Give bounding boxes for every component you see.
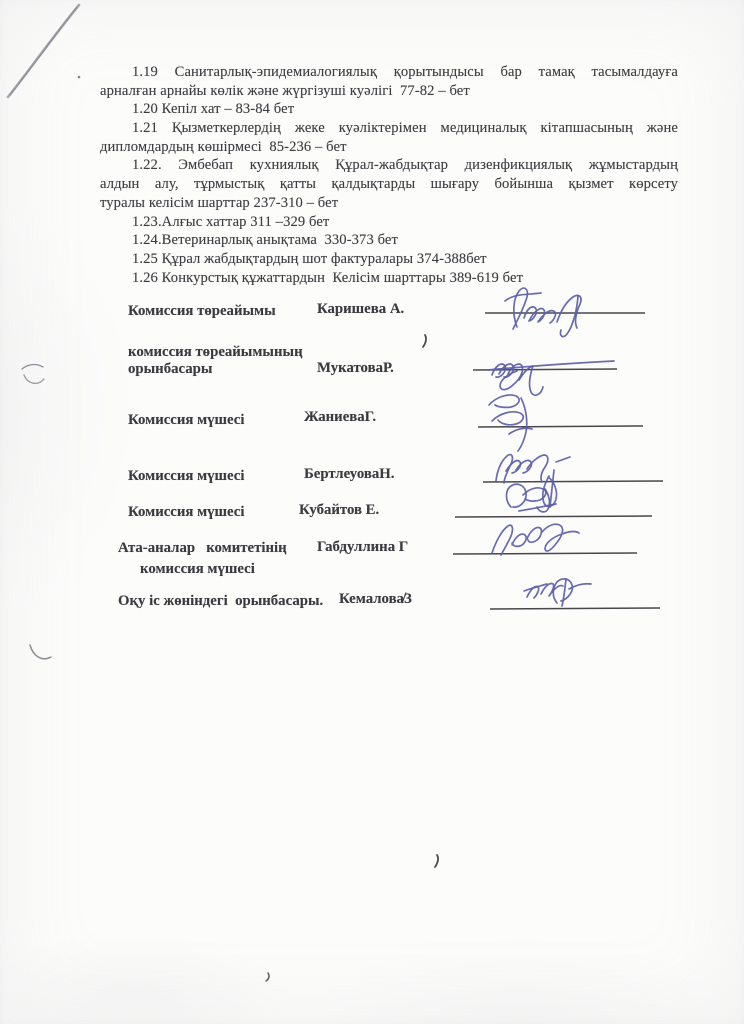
stray-comma-mark-2: [435, 855, 438, 867]
signature-ink-mukatova: [488, 361, 614, 395]
list-line-1-21a: 1.21 Қызметкерлердің жеке куәліктерімен …: [100, 119, 678, 138]
document-list: 1.19 Санитарлық-эпидемиалогиялық қорытын…: [100, 63, 678, 287]
sig-row-5-label: Комиссия мүшесі: [128, 504, 244, 521]
list-line-1-20: 1.20 Кепіл хат – 83-84 бет: [100, 100, 678, 119]
sig-row-2-name: МукатоваР.: [317, 360, 394, 377]
list-line-1-24: 1.24.Ветеринарлық анықтама 330-373 бет: [100, 231, 678, 250]
list-line-1-22c: туралы келісім шарттар 237-310 – бет: [100, 194, 678, 213]
signature-ink-karisheva: [505, 288, 581, 336]
stray-dot-mark: [78, 76, 81, 79]
stray-comma-mark-1: [423, 335, 426, 347]
sig-row-1-name: Каришева А.: [317, 301, 404, 318]
sig-row-2-label2: орынбасары: [128, 361, 212, 378]
sig-row-2-label: комиссия төреайымының: [128, 344, 303, 361]
sig-row-6-name: Габдуллина Г: [317, 539, 408, 556]
sig-row-3-label: Комиссия мүшесі: [128, 412, 244, 429]
signature-ink-kubaitov: [507, 484, 557, 512]
sig-row-7-name: Кемалова̸З: [339, 591, 412, 608]
list-line-1-19b: арналған арнайы көлік және жүргізуші куә…: [100, 82, 678, 101]
sig-row-6-label: Ата-аналар комитетінің: [118, 540, 287, 557]
sig-row-4-name: БертлеуоваН.: [304, 466, 394, 483]
punch-shadow-bottom: [30, 645, 51, 659]
list-line-1-21b: дипломдардың көшірмесі 85-236 – бет: [100, 138, 678, 157]
list-line-1-22b: алдын алу, тұрмыстық қатты қалдықтарды ш…: [100, 175, 678, 194]
signature-lines: [453, 313, 663, 609]
sig-row-5-name: Кубайтов Е.: [299, 502, 379, 519]
punch-shadow-top: [22, 365, 44, 384]
list-line-1-23: 1.23.Алғыс хаттар 311 –329 бет: [100, 213, 678, 232]
sig-row-1-label: Комиссия төреайымы: [128, 303, 276, 320]
fold-crease-mark: [8, 5, 79, 97]
signature-ink-kemalova: [524, 579, 591, 606]
sig-row-6-label2: комиссия мүшесі: [140, 561, 255, 578]
list-line-1-22a: 1.22. Эмбебап кухниялық Құрал-жабдықтар …: [100, 156, 678, 175]
stray-comma-mark-3: [266, 973, 269, 981]
signature-ink-zhanieva: [489, 395, 532, 451]
list-line-1-19a: 1.19 Санитарлық-эпидемиалогиялық қорытын…: [100, 63, 678, 82]
sig-row-4-label: Комиссия мүшесі: [128, 468, 244, 485]
signature-ink-bertleuova: [496, 455, 570, 507]
sig-row-3-name: ЖаниеваГ.: [304, 409, 376, 426]
scanned-document-page: 1.19 Санитарлық-эпидемиалогиялық қорытын…: [0, 0, 744, 1024]
signature-ink-gabdullina: [492, 524, 579, 555]
sig-row-7-label: Оқу іс жөніндегі орынбасары.: [118, 593, 323, 610]
list-line-1-26: 1.26 Конкурстық құжаттардын Келісім шарт…: [100, 269, 678, 288]
list-line-1-25: 1.25 Құрал жабдықтардың шот фактуралары …: [100, 250, 678, 269]
